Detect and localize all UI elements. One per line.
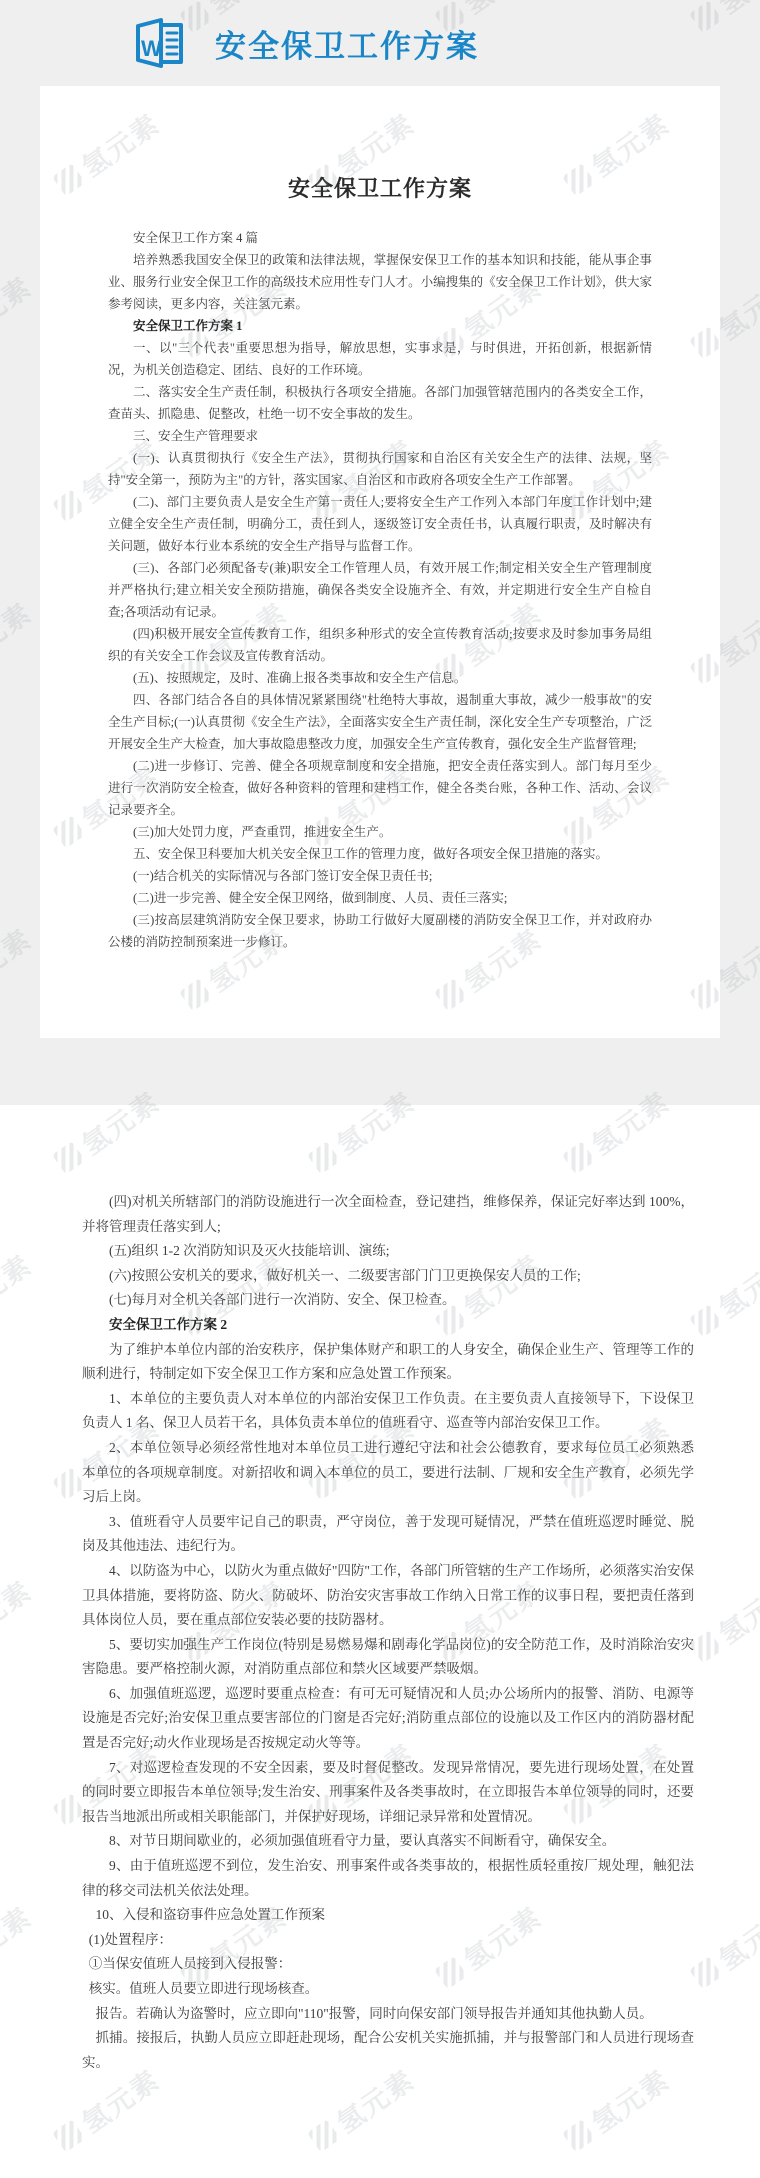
watermark: 氢元素 — [0, 266, 39, 366]
paragraph: (四)积极开展安全宣传教育工作，组织多种形式的安全宣传教育活动;按要求及时参加事… — [108, 623, 652, 667]
paragraph: 二、落实安全生产责任制，积极执行各项安全措施。各部门加强管辖范围内的各类安全工作… — [108, 381, 652, 425]
paragraph: (二)、部门主要负责人是安全生产第一责任人;要将安全生产工作列入本部门年度工作计… — [108, 491, 652, 557]
paragraph: 10、入侵和盗窃事件应急处置工作预案 — [82, 1903, 694, 1928]
section-heading: 安全保卫工作方案 1 — [108, 315, 652, 337]
section-heading: 安全保卫工作方案 2 — [82, 1313, 694, 1338]
paragraph: ①当保安值班人员接到入侵报警： — [82, 1952, 694, 1977]
paragraph: 一、以"三个代表"重要思想为指导，解放思想，实事求是，与时俱进，开拓创新，根据新… — [108, 337, 652, 381]
document-body-1: 安全保卫工作方案 4 篇培养熟悉我国安全保卫的政策和法律法规，掌握保安保卫工作的… — [108, 227, 652, 953]
paragraph: (五)、按照规定，及时、准确上报各类事故和安全生产信息。 — [108, 667, 652, 689]
watermark-text: 氢元素 — [0, 592, 39, 674]
paragraph: (七)每月对全机关各部门进行一次消防、安全、保卫检查。 — [82, 1288, 694, 1313]
paragraph: (一)、认真贯彻执行《安全生产法》，贯彻执行国家和自治区有关安全生产的法律、法规… — [108, 447, 652, 491]
paragraph: 安全保卫工作方案 4 篇 — [108, 227, 652, 249]
paragraph: 6、加强值班巡逻，巡逻时要重点检查：有可无可疑情况和人员;办公场所内的报警、消防… — [82, 1682, 694, 1756]
site-header: W 安全保卫工作方案 — [0, 0, 760, 86]
paragraph: 为了维护本单位内部的治安秩序，保护集体财产和职工的人身安全，确保企业生产、管理等… — [82, 1338, 694, 1387]
paragraph: (四)对机关所辖部门的消防设施进行一次全面检查，登记建挡，维修保养，保证完好率达… — [82, 1190, 694, 1239]
paragraph: 抓捕。接报后，执勤人员应立即赶赴现场，配合公安机关实施抓捕，并与报警部门和人员进… — [82, 2026, 694, 2075]
paragraph: (1)处置程序： — [82, 1928, 694, 1953]
watermark: 氢元素 — [0, 918, 39, 1018]
watermark-text: 氢元素 — [0, 918, 39, 1000]
paragraph: (二)进一步修订、完善、健全各项规章制度和安全措施，把安全责任落实到人。部门每月… — [108, 755, 652, 821]
paragraph: (五)组织 1-2 次消防知识及灭火技能培训、演练; — [82, 1239, 694, 1264]
paragraph: (三)加大处罚力度，严查重罚，推进安全生产。 — [108, 821, 652, 843]
paragraph: 8、对节日期间歇业的，必须加强值班看守力量，要认真落实不间断看守，确保安全。 — [82, 1829, 694, 1854]
document-page-2: (四)对机关所辖部门的消防设施进行一次全面检查，登记建挡，维修保养，保证完好率达… — [0, 1105, 760, 2178]
watermark-text: 氢元素 — [0, 266, 39, 348]
paragraph: (二)进一步完善、健全安全保卫网络，做到制度、人员、责任三落实; — [108, 887, 652, 909]
paragraph: (三)、各部门必须配备专(兼)职安全工作管理人员，有效开展工作;制定相关安全生产… — [108, 557, 652, 623]
word-document-icon: W — [133, 17, 189, 69]
paragraph: 三、安全生产管理要求 — [108, 425, 652, 447]
page-canvas: W 安全保卫工作方案 安全保卫工作方案 安全保卫工作方案 4 篇培养熟悉我国安全… — [0, 0, 760, 2178]
site-title: 安全保卫工作方案 — [215, 21, 479, 66]
paragraph: 五、安全保卫科要加大机关安全保卫工作的管理力度，做好各项安全保卫措施的落实。 — [108, 843, 652, 865]
paragraph: 2、本单位领导必须经常性地对本单位员工进行遵纪守法和社会公德教育，要求每位员工必… — [82, 1436, 694, 1510]
paragraph: (三)按高层建筑消防安全保卫要求，协助工行做好大厦副楼的消防安全保卫工作，并对政… — [108, 909, 652, 953]
document-page-1: 安全保卫工作方案 安全保卫工作方案 4 篇培养熟悉我国安全保卫的政策和法律法规，… — [40, 86, 720, 1038]
paragraph: 4、以防盗为中心，以防火为重点做好"四防"工作，各部门所管辖的生产工作场所，必须… — [82, 1559, 694, 1633]
paragraph: 核实。值班人员要立即进行现场核查。 — [82, 1977, 694, 2002]
paragraph: 培养熟悉我国安全保卫的政策和法律法规，掌握保安保卫工作的基本知识和技能，能从事企… — [108, 249, 652, 315]
paragraph: 1、本单位的主要负责人对本单位的内部治安保卫工作负责。在主要负责人直接领导下，下… — [82, 1387, 694, 1436]
paragraph: 3、值班看守人员要牢记自己的职责，严守岗位，善于发现可疑情况，严禁在值班巡逻时睡… — [82, 1510, 694, 1559]
document-body-2: (四)对机关所辖部门的消防设施进行一次全面检查，登记建挡，维修保养，保证完好率达… — [82, 1190, 694, 2075]
paragraph: 5、要切实加强生产工作岗位(特别是易燃易爆和剧毒化学品岗位)的安全防范工作，及时… — [82, 1633, 694, 1682]
paragraph: (六)按照公安机关的要求，做好机关一、二级要害部门门卫更换保安人员的工作; — [82, 1264, 694, 1289]
paragraph: 7、对巡逻检查发现的不安全因素，要及时督促整改。发现异常情况，要先进行现场处置，… — [82, 1756, 694, 1830]
paragraph: 9、由于值班巡逻不到位，发生治安、刑事案件或各类事故的，根据性质轻重按厂规处理，… — [82, 1854, 694, 1903]
svg-text:W: W — [141, 36, 162, 61]
paragraph: (一)结合机关的实际情况与各部门签订安全保卫责任书; — [108, 865, 652, 887]
document-title: 安全保卫工作方案 — [108, 172, 652, 203]
watermark: 氢元素 — [0, 592, 39, 692]
paragraph: 四、各部门结合各自的具体情况紧紧围绕"杜绝特大事故，遏制重大事故，减少一般事故"… — [108, 689, 652, 755]
paragraph: 报告。若确认为盗警时，应立即向"110"报警，同时向保安部门领导报告并通知其他执… — [82, 2002, 694, 2027]
